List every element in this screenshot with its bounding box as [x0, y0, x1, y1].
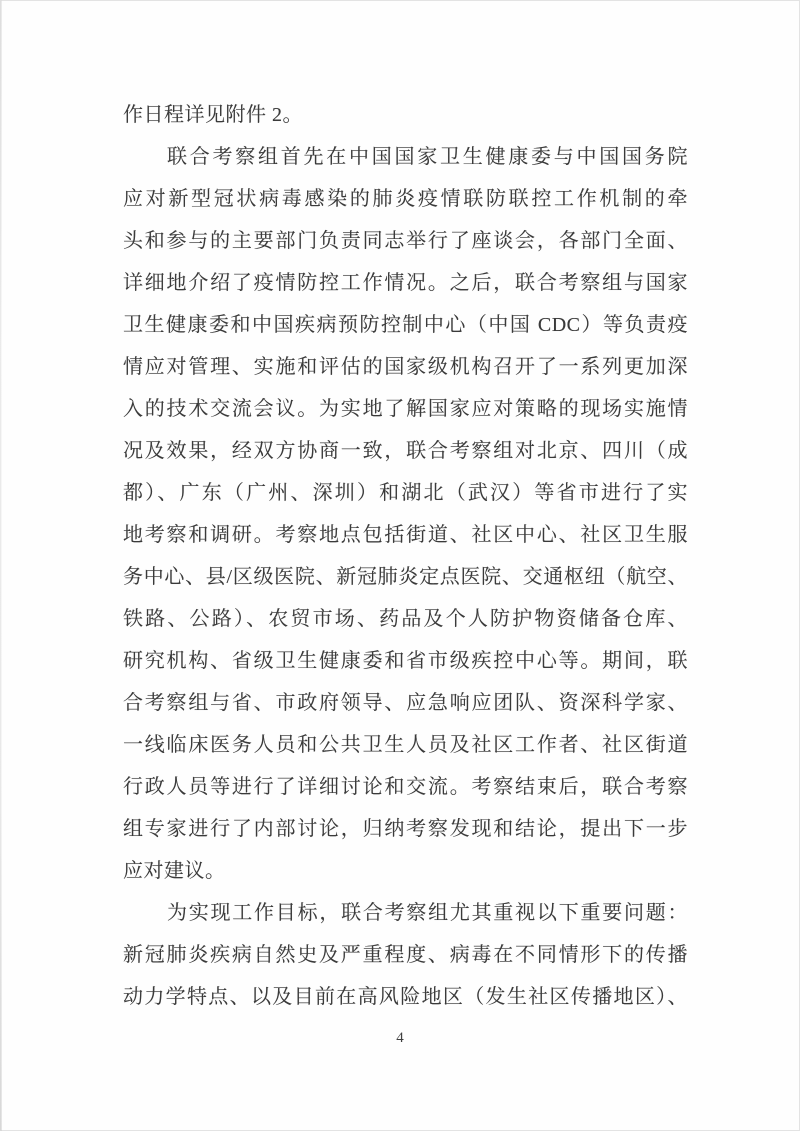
- text-line: 新冠肺炎疾病自然史及严重程度、病毒在不同情形下的传播: [123, 934, 688, 976]
- text-line: 情应对管理、实施和评估的国家级机构召开了一系列更加深: [123, 346, 688, 388]
- text-line: 应对建议。: [123, 850, 688, 892]
- text-line: 头和参与的主要部门负责同志举行了座谈会，各部门全面、: [123, 220, 688, 262]
- page-number: 4: [0, 1028, 800, 1048]
- text-line: 行政人员等进行了详细讨论和交流。考察结束后，联合考察: [123, 766, 688, 808]
- text-line: 详细地介绍了疫情防控工作情况。之后，联合考察组与国家: [123, 262, 688, 304]
- text-line: 铁路、公路）、农贸市场、药品及个人防护物资储备仓库、: [123, 598, 688, 640]
- text-line: 务中心、县/区级医院、新冠肺炎定点医院、交通枢纽（航空、: [123, 556, 688, 598]
- text-line: 一线临床医务人员和公共卫生人员及社区工作者、社区街道: [123, 724, 688, 766]
- text-line: 况及效果，经双方协商一致，联合考察组对北京、四川（成: [123, 430, 688, 472]
- text-line: 入的技术交流会议。为实地了解国家应对策略的现场实施情: [123, 388, 688, 430]
- document-page: 作日程详见附件 2。联合考察组首先在中国国家卫生健康委与中国国务院应对新型冠状病…: [0, 0, 800, 1131]
- text-line: 组专家进行了内部讨论，归纳考察发现和结论，提出下一步: [123, 808, 688, 850]
- text-line: 地考察和调研。考察地点包括街道、社区中心、社区卫生服: [123, 514, 688, 556]
- text-line: 都）、广东（广州、深圳）和湖北（武汉）等省市进行了实: [123, 472, 688, 514]
- text-line: 应对新型冠状病毒感染的肺炎疫情联防联控工作机制的牵: [123, 178, 688, 220]
- text-line: 作日程详见附件 2。: [123, 94, 688, 136]
- text-line: 合考察组与省、市政府领导、应急响应团队、资深科学家、: [123, 682, 688, 724]
- text-line: 研究机构、省级卫生健康委和省市级疾控中心等。期间，联: [123, 640, 688, 682]
- document-body: 作日程详见附件 2。联合考察组首先在中国国家卫生健康委与中国国务院应对新型冠状病…: [123, 94, 688, 1018]
- text-line: 卫生健康委和中国疾病预防控制中心（中国 CDC）等负责疫: [123, 304, 688, 346]
- text-line: 联合考察组首先在中国国家卫生健康委与中国国务院: [123, 136, 688, 178]
- text-line: 为实现工作目标，联合考察组尤其重视以下重要问题：: [123, 892, 688, 934]
- text-line: 动力学特点、以及目前在高风险地区（发生社区传播地区）、: [123, 976, 688, 1018]
